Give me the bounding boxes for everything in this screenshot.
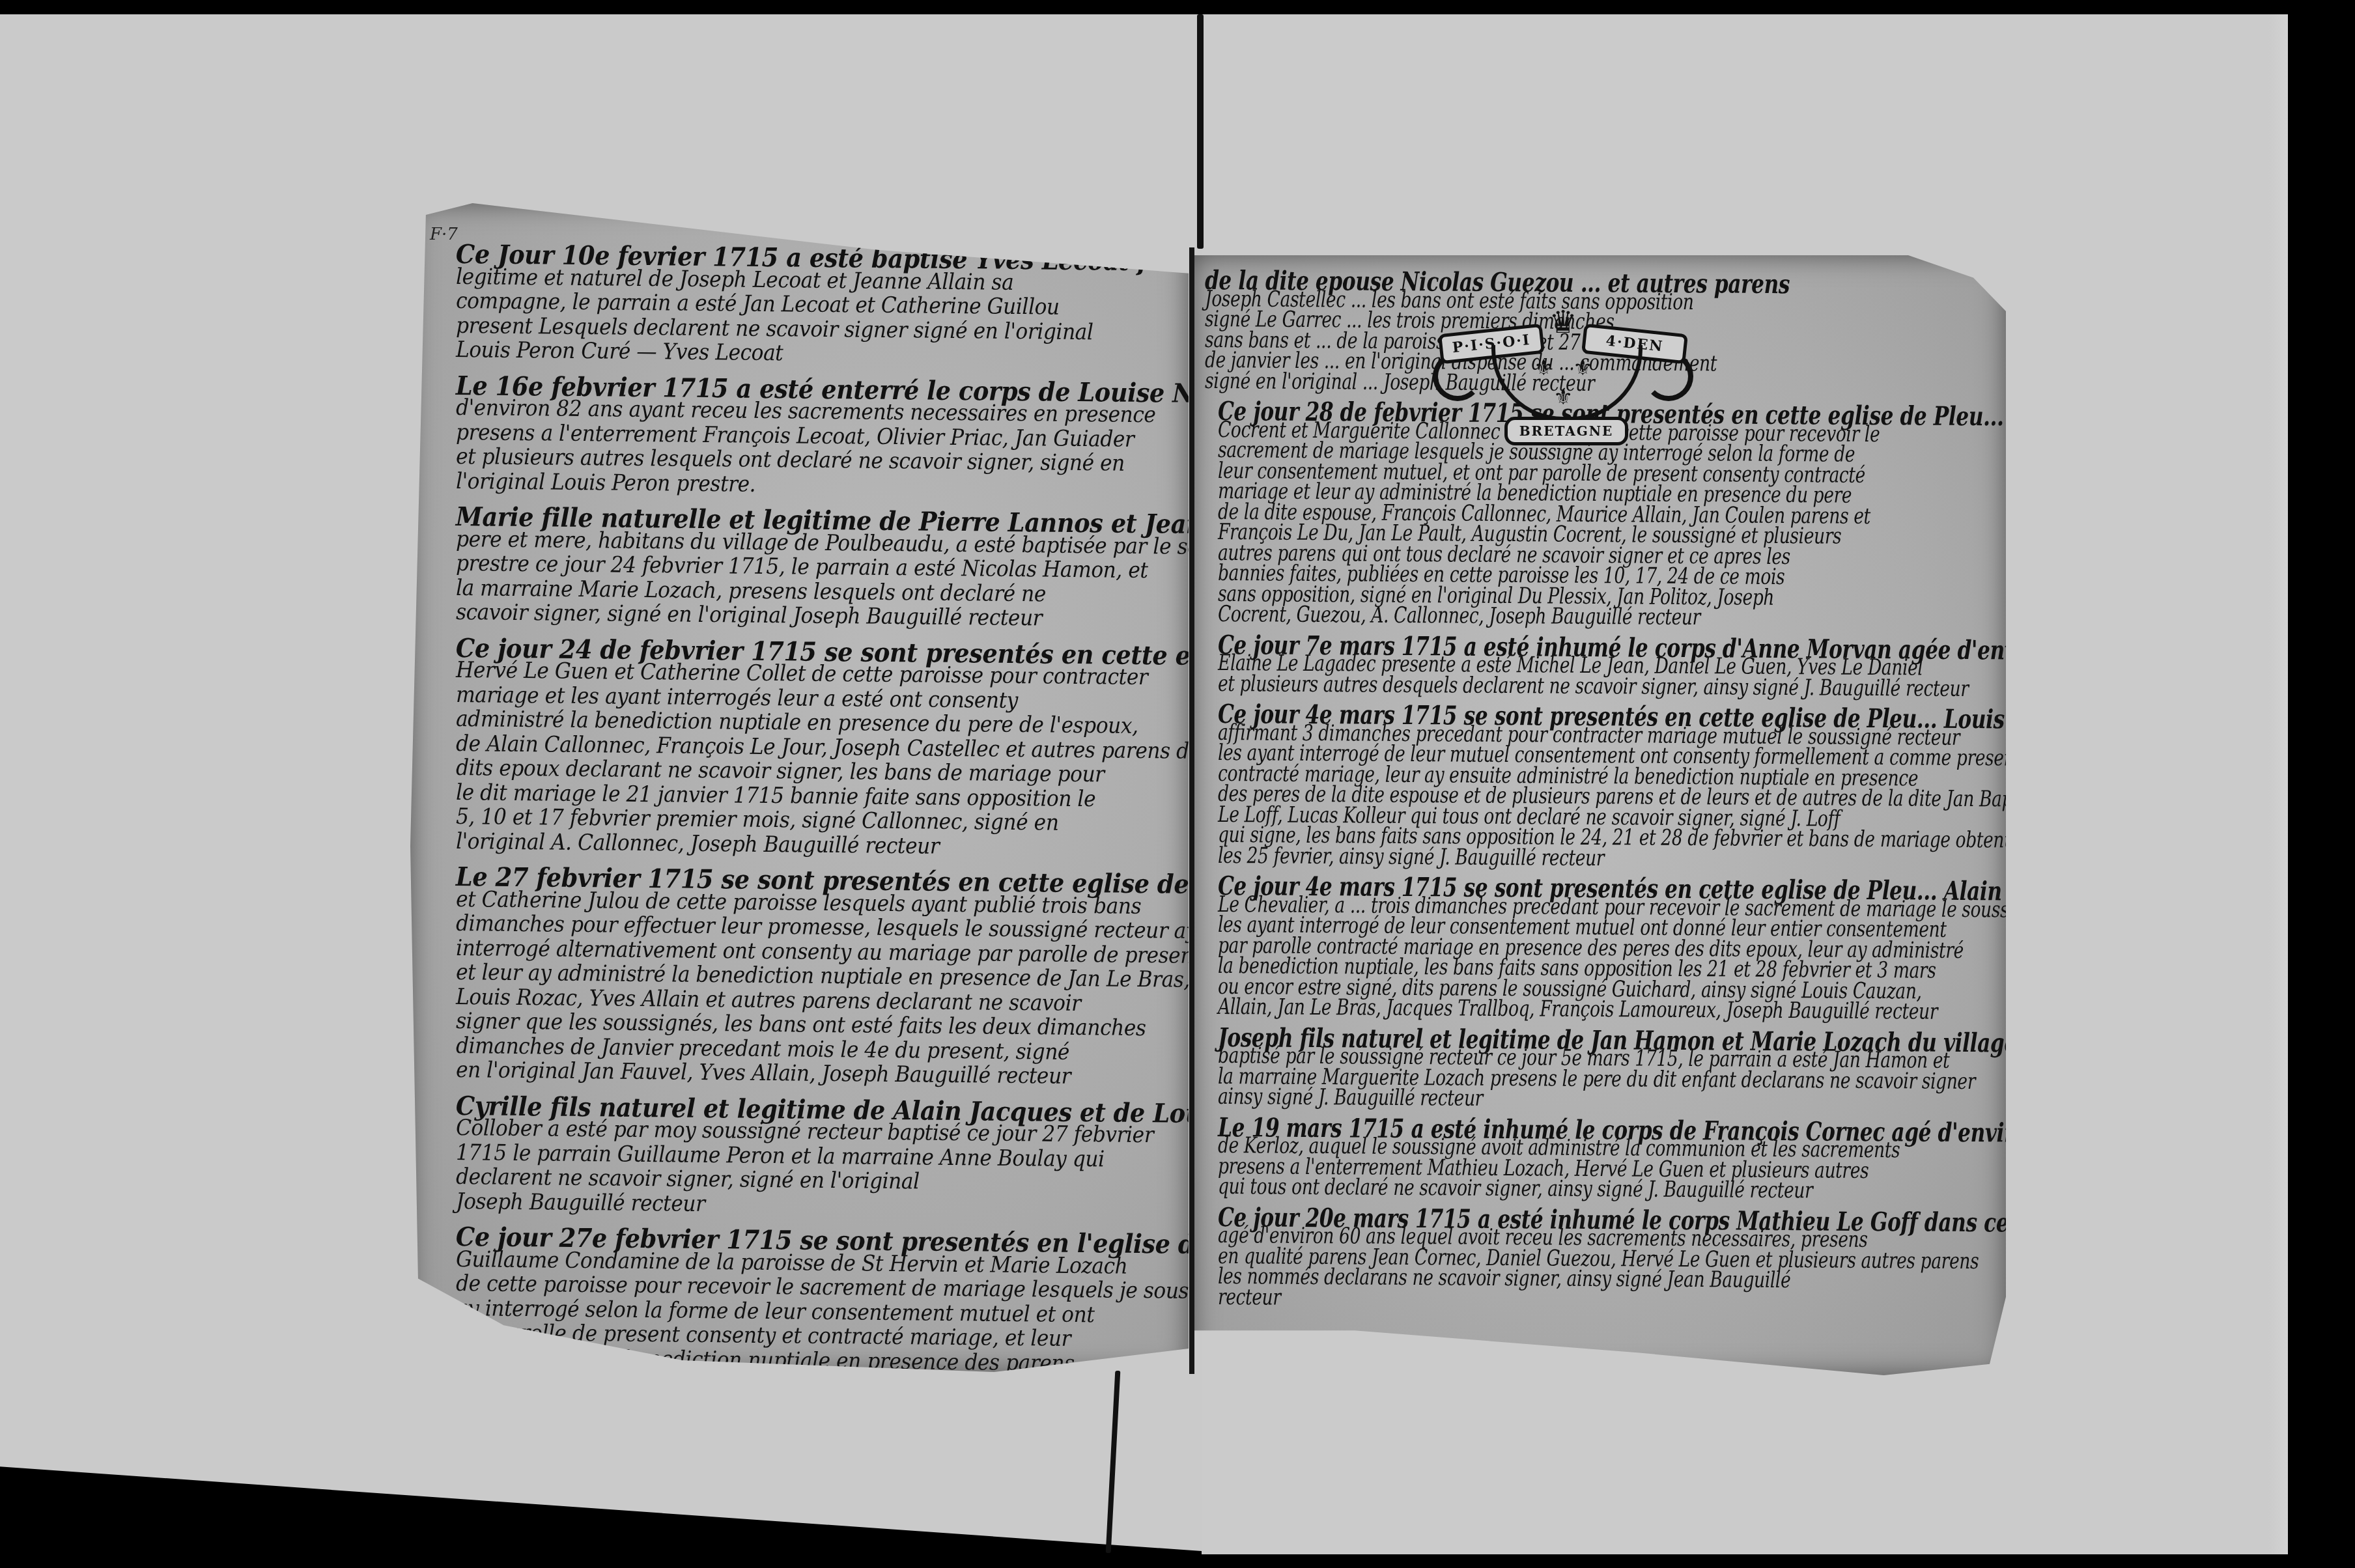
entry-text-line: Allain, Jan Le Bras, Jacques Trallboq, F… [1218, 994, 1938, 1025]
page-gutter-line [1189, 247, 1194, 1374]
entry-text-line: les nommés declarans ne scavoir signer, … [1218, 1263, 1791, 1293]
entry-text-line: Louis Peron Curé — Yves Lecoat [456, 337, 783, 366]
ermine-icon: ⚜ [1534, 355, 1553, 381]
entry-text-line: les 25 fevrier, ainsy signé J. Bauguillé… [1218, 843, 1604, 871]
entry-text-line: Cocrent, Guezou, A. Callonnec, Joseph Ba… [1218, 601, 1700, 630]
bretagne-tax-stamp: P·I·S·O·I ♛ 4·DEN ⚜ ⚜ ⚜ BRETAGNE [1426, 300, 1700, 443]
entry-text-line: l'original Louis Peron prestre. [456, 468, 756, 497]
ermine-icon: ⚜ [1573, 355, 1592, 381]
entry-text-line: ainsy signé J. Bauguillé recteur [1218, 1084, 1483, 1112]
entry-text-line: Joseph Bauguillé recteur [456, 1188, 705, 1217]
ermine-icon: ⚜ [1553, 384, 1573, 410]
binding-spine-top [1197, 14, 1204, 249]
entry-text-line: qui tous ont declaré ne scavoir signer, … [1218, 1173, 1813, 1203]
manuscript-page-left: Ce Jour 10e fevrier 1715 a esté baptisé … [410, 203, 1189, 1372]
entry-text-line: recteur [1218, 1284, 1281, 1311]
entry-text-line: et plusieurs autres desquels declarent n… [1218, 671, 1969, 702]
entry-text-line: l'original A. Callonnec, Joseph Bauguill… [456, 828, 940, 860]
folio-mark: F·7 [430, 225, 458, 244]
crown-icon: ♛ [1540, 303, 1586, 342]
stamp-ribbon-bretagne: BRETAGNE [1504, 417, 1628, 445]
entry-text-line: en l'original Jan Fauvel, Yves Allain, J… [456, 1057, 1071, 1089]
entry-text-line: scavoir signer, signé en l'original Jose… [456, 599, 1043, 631]
